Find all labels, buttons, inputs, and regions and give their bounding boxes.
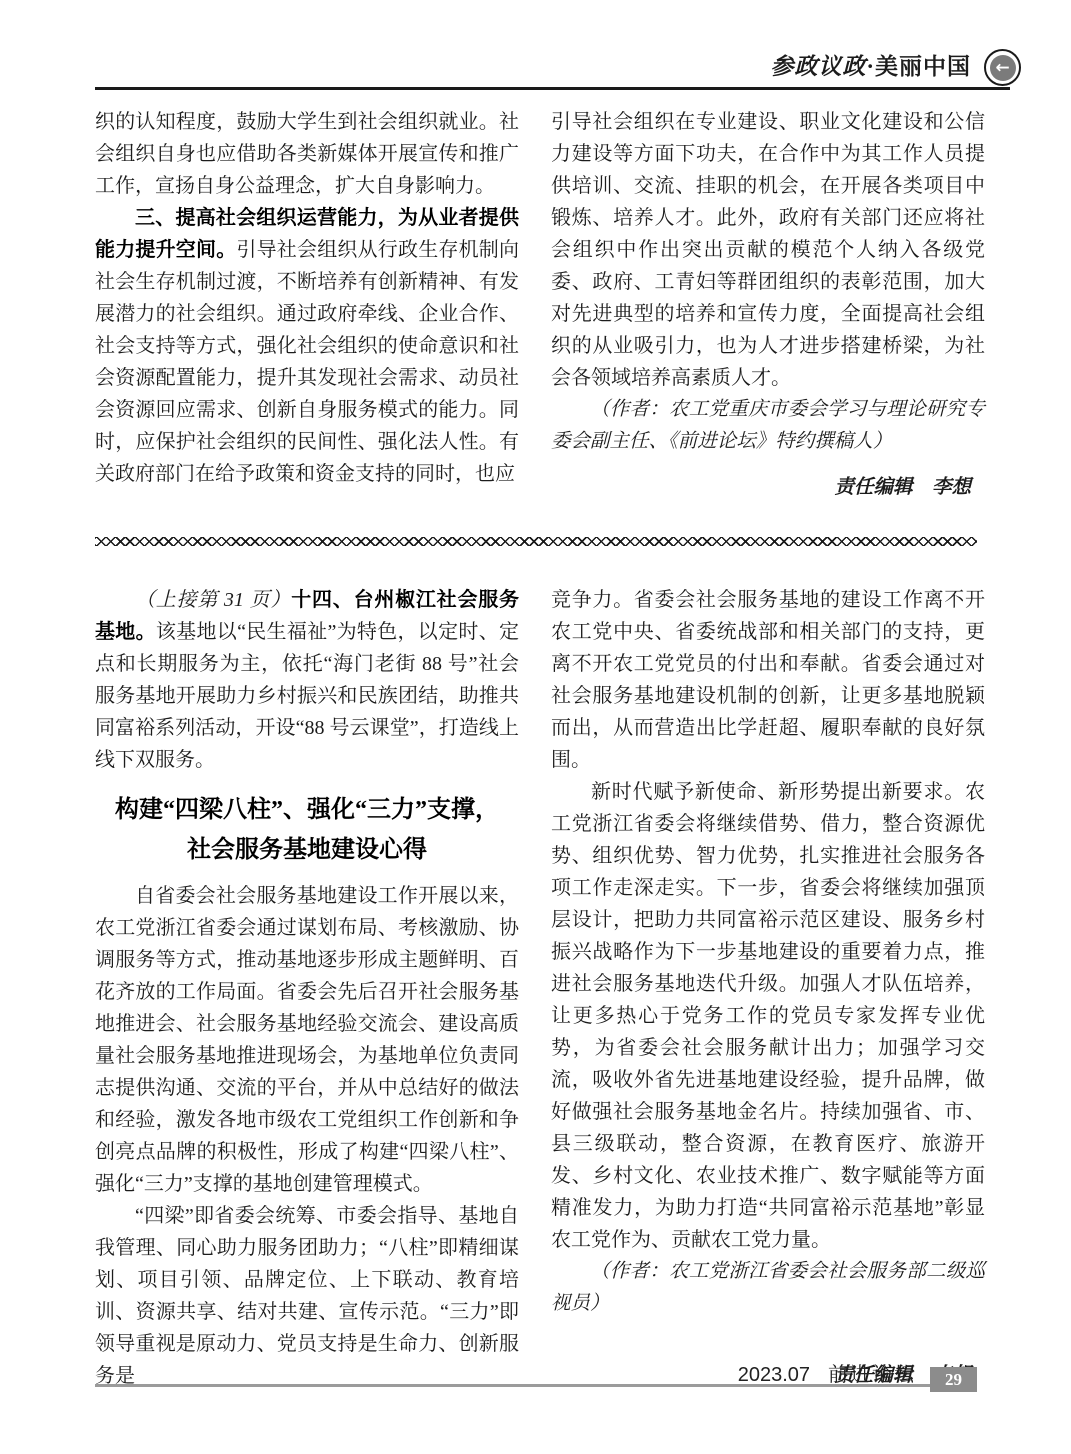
top-left-paragraph-2-body: 引导社会组织从行政生存机制向社会生存机制过渡，不断培养有创新精神、有发展潜力的社… [95,239,519,485]
bottom-left-paragraph-3: “四梁”即省委会统筹、市委会指导、基地自我管理、同心助力服务团助力；“八柱”即精… [95,1200,519,1392]
bottom-right-paragraph-2: 新时代赋予新使命、新形势提出新要求。农工党浙江省委会将继续借势、借力，整合资源优… [551,776,985,1256]
decorative-divider [95,537,977,546]
header-column-title: 美丽中国 [875,53,971,79]
article-title-line-2: 社会服务基地建设心得 [95,830,519,870]
header-section-name: 参政议政 [770,54,866,79]
bottom-article-right-column: 竞争力。省委会社会服务基地的建设工作离不开农工党中央、省委统战部和相关部门的支持… [551,584,985,1392]
bottom-right-paragraph-1: 竞争力。省委会社会服务基地的建设工作离不开农工党中央、省委统战部和相关部门的支持… [551,584,985,776]
top-article-right-column: 引导社会组织在专业建设、职业文化建设和公信力建设等方面下功夫，在合作中为其工作人… [551,106,985,504]
header-section-label: 参政议政·美丽中国 [770,48,971,85]
bottom-left-paragraph-1: （上接第 31 页）十四、台州椒江社会服务基地。该基地以“民生福祉”为特色，以定… [95,584,519,776]
continued-from-note: （上接第 31 页） [135,589,291,611]
top-article-author-note: （作者：农工党重庆市委会学习与理论研究专委会副主任、《前进论坛》特约撰稿人） [551,394,985,458]
article-title: 构建“四梁八柱”、强化“三力”支撑， 社会服务基地建设心得 [95,790,519,870]
top-right-paragraph-1: 引导社会组织在专业建设、职业文化建设和公信力建设等方面下功夫，在合作中为其工作人… [551,106,985,394]
footer-journal-name: 前进论坛 [828,1358,916,1387]
footer-meta: 2023.07 前进论坛 [738,1358,916,1387]
bottom-article-author-note: （作者：农工党浙江省委会社会服务部二级巡视员） [551,1256,985,1320]
bottom-article-left-column: （上接第 31 页）十四、台州椒江社会服务基地。该基地以“民生福祉”为特色，以定… [95,584,519,1392]
left-arrow-icon: ← [984,49,1021,86]
footer-issue-date: 2023.07 [738,1364,810,1387]
bottom-left-paragraph-1-body: 该基地以“民生福祉”为特色，以定时、定点和长期服务为主，依托“海门老街 88 号… [95,621,519,771]
top-left-paragraph-1: 织的认知程度，鼓励大学生到社会组织就业。社会组织自身也应借助各类新媒体开展宣传和… [95,106,519,202]
top-article-editor-credit: 责任编辑 李想 [551,472,985,504]
bottom-left-paragraph-2: 自省委会社会服务基地建设工作开展以来，农工党浙江省委会通过谋划布局、考核激励、协… [95,880,519,1200]
left-arrow-icon-glyph: ← [990,55,1016,81]
magazine-page: 参政议政·美丽中国 ← 织的认知程度，鼓励大学生到社会组织就业。社会组织自身也应… [0,0,1071,1454]
top-article-left-column: 织的认知程度，鼓励大学生到社会组织就业。社会组织自身也应借助各类新媒体开展宣传和… [95,106,519,490]
article-title-line-1: 构建“四梁八柱”、强化“三力”支撑， [95,790,519,830]
header-separator: · [866,54,875,79]
page-number-badge: 29 [930,1367,977,1392]
top-left-paragraph-2: 三、提高社会组织运营能力，为从业者提供能力提升空间。引导社会组织从行政生存机制向… [95,202,519,490]
header-rule [95,87,1010,90]
